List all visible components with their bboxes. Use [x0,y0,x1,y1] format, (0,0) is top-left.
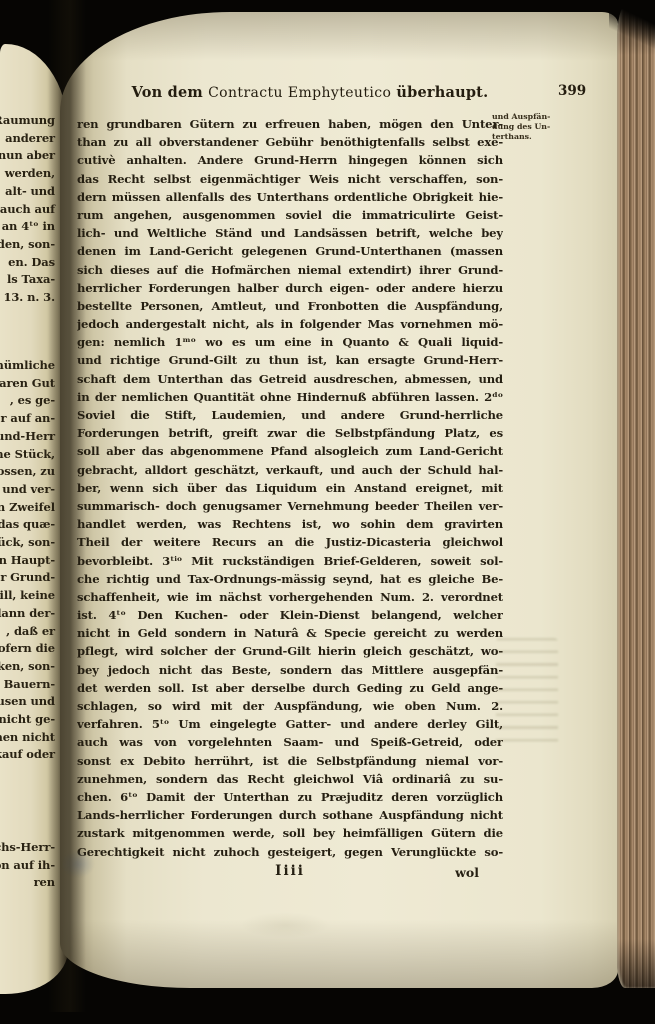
text-line: und richtige Grund-Gilt zu thun ist, kan… [77,351,503,369]
text-line: nicht in Geld sondern in Naturâ & Specie… [77,624,503,642]
text-line: Lands-herrlicher Forderungen durch sotha… [77,806,503,824]
header-latin-title: Contractu Emphyteutico [208,85,391,101]
fragment-line: an 4ᵗᵒ in [0,218,55,236]
fore-edge [617,6,655,988]
book-scan: Raumunganderernun aberwerden,alt- undauc… [0,0,655,1024]
running-header: Von dem Contractu Emphyteutico überhaupt… [100,82,520,101]
fragment-line: n Zweifel [0,499,55,517]
text-line: dern müssen allenfalls des Unterthans or… [77,188,503,206]
fragment-line: chen nicht [0,729,55,747]
fragment-line: r Grund- [0,569,55,587]
fragment-line: on auf ih- [0,857,55,875]
text-line: herrlicher Forderungen halber durch eige… [77,279,503,297]
text-line: schaft dem Unterthan das Getreid ausdres… [77,370,503,388]
text-line: zustark mitgenommen werde, soll bey heim… [77,824,503,842]
text-line: Theil der weitere Recurs an die Justiz-D… [77,533,503,551]
margin-note-line: terthans. [492,132,572,142]
page: Von dem Contractu Emphyteutico überhaupt… [60,12,618,988]
text-line: bevorbleibt. 3ᵗⁱᵒ Mit ruckständigen Brie… [77,552,503,570]
fragment-line: Stück, son- [0,534,55,552]
fragment-line: dann der- [0,605,55,623]
text-line: pflegt, wird solcher der Grund-Gilt hier… [77,642,503,660]
fragment-line: Raumung [0,112,55,130]
catchword: wol [455,865,479,880]
text-line: ist. 4ᵗᵒ Den Kuchen- oder Klein-Dienst b… [77,606,503,624]
fragment-line: ken, son- [0,658,55,676]
header-pre: Von dem [132,84,203,101]
text-line: schaffenheit, wie im nächst vorhergehend… [77,588,503,606]
fragment-line: 13. n. 3. [0,289,55,307]
fragment-line: en. Das [0,254,55,272]
text-line: das Recht selbst eigenmächtiger Weis nic… [77,170,503,188]
fragment-line: Bauern- [0,676,55,694]
text-line: bestellte Personen, Amtleut, und Fronbot… [77,297,503,315]
text-line: det werden soll. Ist aber derselbe durch… [77,679,503,697]
signature-row: Iiii wol [77,863,503,883]
text-line: denen im Land-Gericht gelegenen Grund-Un… [77,242,503,260]
fragment-line: en Haupt- [0,552,55,570]
fragment-line: r auf an- [0,410,55,428]
facing-page-fragments-top: Raumunganderernun aberwerden,alt- undauc… [0,112,55,307]
text-line: gebracht, alldort geschätzt, verkauft, u… [77,461,503,479]
text-line: lich- und Weltliche Ständ und Landsässen… [77,224,503,242]
fragment-line: und ver- [0,481,55,499]
text-line: ren grundbaren Gütern zu erfreuen haben,… [77,115,503,133]
text-line: handlet werden, was Rechtens ist, wo soh… [77,515,503,533]
body-text: ren grundbaren Gütern zu erfreuen haben,… [77,115,503,861]
fragment-line: werden, [0,165,55,183]
fragment-line: will, keine [0,587,55,605]
fragment-line: kauf oder [0,746,55,764]
fragment-line: rchs-Herr- [0,839,55,857]
text-line: Soviel die Stift, Laudemien, und andere … [77,406,503,424]
margin-note-line: und Auspfän- [492,112,572,122]
paper-stain [240,912,330,938]
facing-page-fragments-bottom: rchs-Herr-on auf ih-ren [0,839,55,892]
text-line: schlagen, so wird mit der Auspfändung, w… [77,697,503,715]
text-line: zunehmen, sondern das Recht gleichwol Vi… [77,770,503,788]
fragment-line: alt- und [0,183,55,201]
fragment-line: thümliche [0,357,55,375]
facing-page-fragments-middle: thümlichearen Gut, es ge-r auf an-und-He… [0,357,55,764]
fragment-line: das quæ- [0,516,55,534]
text-line: cutivè anhalten. Andere Grund-Herrn hing… [77,151,503,169]
text-line: sonst ex Debito herrührt, ist die Selbst… [77,752,503,770]
text-line: Gerechtigkeit nicht zuhoch gesteigert, g… [77,843,503,861]
text-line: rum angehen, ausgenommen soviel die imma… [77,206,503,224]
text-line: sich dieses auf die Hofmärchen niemal ex… [77,261,503,279]
text-line: auch was von vorgelehnten Saam- und Spei… [77,733,503,751]
fragment-line: aren Gut [0,375,55,393]
fragment-line: ls Taxa- [0,271,55,289]
text-line: gen: nemlich 1ᵐᵒ wo es um eine in Quanto… [77,333,503,351]
text-line: chen. 6ᵗᵒ Damit der Unterthan zu Præjudi… [77,788,503,806]
page-number: 399 [558,83,586,99]
ink-stain [61,850,95,878]
text-line: soll aber das abgenommene Pfand alsoglei… [77,442,503,460]
fragment-line: Sofern die [0,640,55,658]
text-line: che richtig und Tax-Ordnungs-mässig seyn… [77,570,503,588]
text-line: than zu all obverstandener Gebühr benöth… [77,133,503,151]
text-line: summarisch- doch genugsamer Vernehmung b… [77,497,503,515]
text-line: Forderungen betrift, greift zwar die Sel… [77,424,503,442]
fragment-line: ausen und [0,693,55,711]
text-line: in der nemlichen Quantität ohne Hindernu… [77,388,503,406]
fragment-line: , daß er [0,623,55,641]
margin-note: und Auspfän-dung des Un-terthans. [492,112,572,141]
fragment-line: , es ge- [0,392,55,410]
facing-page-edge: Raumunganderernun aberwerden,alt- undauc… [0,44,68,994]
header-post: überhaupt. [396,84,488,101]
fragment-line: und-Herr [0,428,55,446]
margin-note-line: dung des Un- [492,122,572,132]
fragment-line: ren [0,874,55,892]
fragment-line: nun aber [0,147,55,165]
text-line: ber, wenn sich über das Liquidum ein Ans… [77,479,503,497]
fragment-line: rden, son- [0,236,55,254]
fragment-line: ossen, zu [0,463,55,481]
fragment-line: auch auf [0,201,55,219]
text-line: bey jedoch nicht das Beste, sondern das … [77,661,503,679]
fragment-line: ne Stück, [0,446,55,464]
text-line: jedoch andergestalt nicht, als in folgen… [77,315,503,333]
text-line: verfahren. 5ᵗᵒ Um eingelegte Gatter- und… [77,715,503,733]
bleedthrough-text [496,638,558,750]
fragment-line: anderer [0,130,55,148]
signature-mark: Iiii [77,863,503,879]
fragment-line: nicht ge- [0,711,55,729]
